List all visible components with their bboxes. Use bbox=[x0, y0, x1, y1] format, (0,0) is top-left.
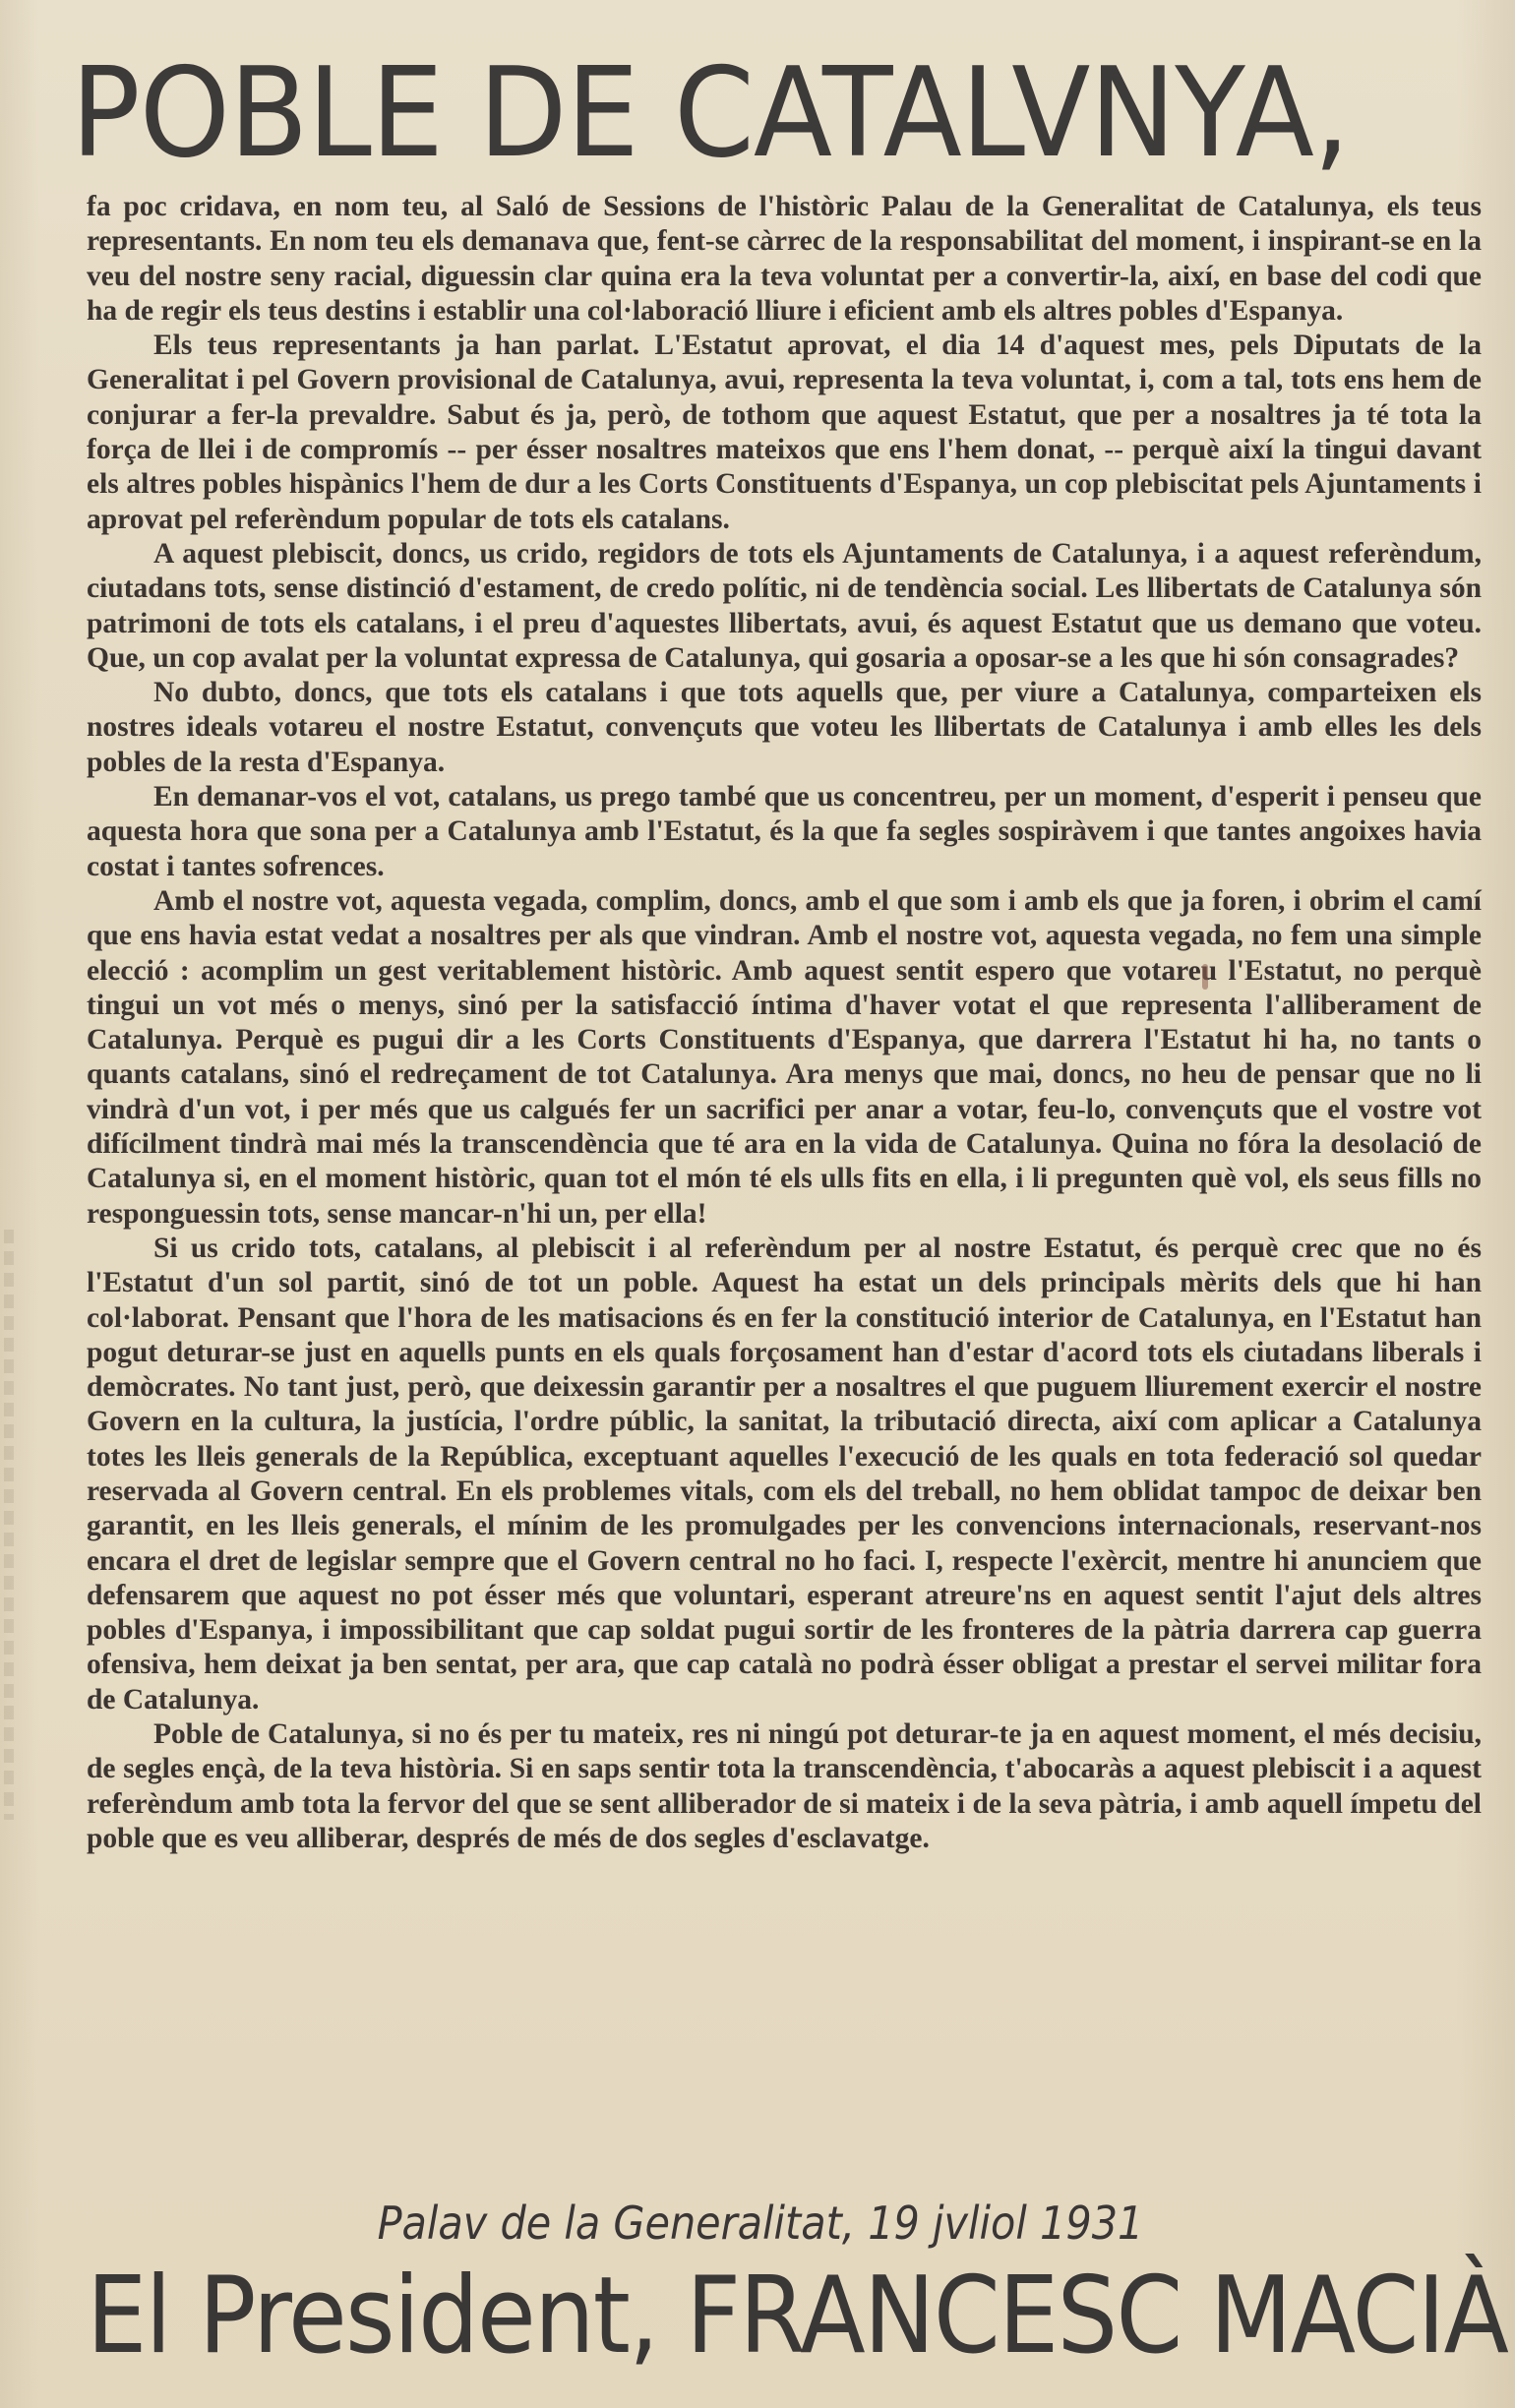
printer-imprint-margin bbox=[4, 1230, 14, 1820]
proclamation-body: fa poc cridava, en nom teu, al Saló de S… bbox=[87, 190, 1482, 1856]
poster: POBLE DE CATALVNYA, fa poc cridava, en n… bbox=[0, 0, 1515, 2408]
paragraph-5: En demanar-vos el vot, catalans, us preg… bbox=[87, 780, 1482, 884]
paragraph-6: Amb el nostre vot, aquesta vegada, compl… bbox=[87, 884, 1482, 1232]
paragraph-4: No dubto, doncs, que tots els catalans i… bbox=[87, 676, 1482, 780]
paper-stain bbox=[1202, 964, 1208, 990]
paragraph-1: fa poc cridava, en nom teu, al Saló de S… bbox=[87, 190, 1482, 329]
poster-title: POBLE DE CATALVNYA, bbox=[71, 39, 1370, 187]
paragraph-7: Si us crido tots, catalans, al plebiscit… bbox=[87, 1232, 1482, 1717]
paragraph-3: A aquest plebiscit, doncs, us crido, reg… bbox=[87, 537, 1482, 676]
signature: El President, FRANCESC MACIÀ bbox=[87, 2253, 1362, 2380]
dateline: Palav de la Generalitat, 19 jvliol 1931 bbox=[79, 2194, 1442, 2253]
paragraph-8: Poble de Catalunya, si no és per tu mate… bbox=[87, 1717, 1482, 1856]
paragraph-2: Els teus representants ja han parlat. L'… bbox=[87, 329, 1482, 537]
